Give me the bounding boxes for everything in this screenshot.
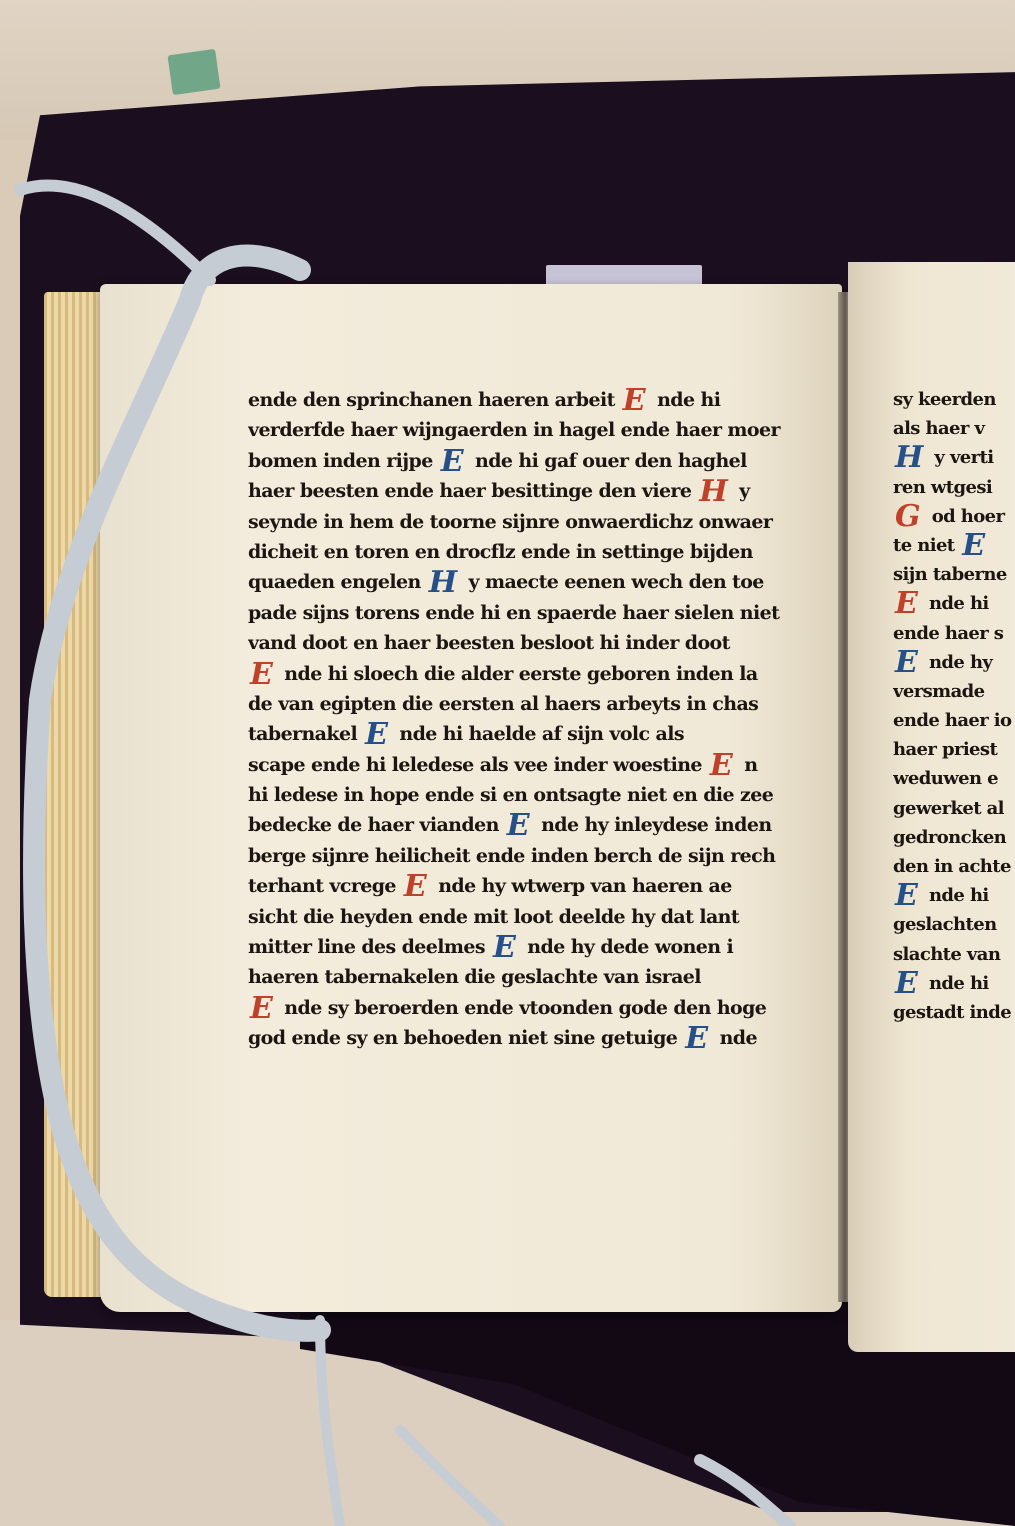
line-text: sicht die heyden ende mit loot deelde hy… [248, 906, 739, 928]
line-text: als haer v [893, 418, 984, 439]
line-text: terhant vcrege [248, 875, 402, 897]
rubricated-initial: H [895, 443, 923, 472]
line-text: hi ledese in hope ende si en ontsagte ni… [248, 784, 773, 806]
rubricated-initial: E [895, 969, 917, 998]
manuscript-line: bedecke de haer vianden E nde hy inleyde… [248, 810, 818, 840]
manuscript-line: de van egipten die eersten al haers arbe… [248, 689, 818, 719]
line-text: verderfde haer wijngaerden in hagel ende… [248, 419, 780, 441]
line-text: dicheit en toren en drocflz ende in sett… [248, 541, 753, 563]
line-text: gewerket al [893, 798, 1004, 819]
line-text: gedroncken [893, 827, 1006, 848]
line-text: nde hi sloech die alder eerste geboren i… [278, 663, 757, 685]
line-text: od hoer [926, 506, 1004, 527]
line-text: te niet [893, 535, 960, 556]
line-text: nde [714, 1027, 757, 1049]
rubricated-initial: E [962, 531, 984, 560]
manuscript-line: ren wtgesi [893, 473, 1015, 502]
manuscript-line: E nde hi [893, 881, 1015, 910]
rubricated-initial: E [895, 648, 917, 677]
line-text: y maecte eenen wech den toe [462, 571, 763, 593]
line-text: nde hy wtwerp van haeren ae [432, 875, 732, 897]
rubricated-initial: E [250, 660, 272, 689]
manuscript-line: geslachten [893, 910, 1015, 939]
line-text: god ende sy en behoeden niet sine getuig… [248, 1027, 683, 1049]
line-text: geslachten [893, 914, 997, 935]
line-text: ende haer s [893, 623, 1003, 644]
rubricated-initial: H [429, 568, 457, 597]
line-text: nde sy beroerden ende vtoonden gode den … [278, 997, 766, 1019]
line-text: nde hy [923, 652, 992, 673]
rubricated-initial: E [710, 751, 732, 780]
manuscript-line: H y verti [893, 443, 1015, 472]
line-text: berge sijnre heilicheit ende inden berch… [248, 845, 775, 867]
manuscript-line: terhant vcrege E nde hy wtwerp van haere… [248, 871, 818, 901]
rubricated-initial: E [895, 589, 917, 618]
manuscript-line: dicheit en toren en drocflz ende in sett… [248, 537, 818, 567]
manuscript-line: berge sijnre heilicheit ende inden berch… [248, 841, 818, 871]
line-text: y verti [929, 447, 994, 468]
manuscript-line: te niet E [893, 531, 1015, 560]
manuscript-line: gewerket al [893, 794, 1015, 823]
rubricated-initial: E [507, 811, 529, 840]
green-tag [167, 49, 220, 95]
manuscript-line: vand doot en haer beesten besloot hi ind… [248, 628, 818, 658]
manuscript-line: E nde hi sloech die alder eerste geboren… [248, 659, 818, 689]
line-text: nde hi haelde af sijn volc als [393, 723, 684, 745]
rubricated-initial: E [441, 447, 463, 476]
line-text: haer priest [893, 739, 997, 760]
manuscript-line: als haer v [893, 414, 1015, 443]
line-text: mitter line des deelmes [248, 936, 491, 958]
line-text: de van egipten die eersten al haers arbe… [248, 693, 758, 715]
manuscript-line: bomen inden rijpe E nde hi gaf ouer den … [248, 446, 818, 476]
manuscript-line: sicht die heyden ende mit loot deelde hy… [248, 902, 818, 932]
line-text: haeren tabernakelen die geslachte van is… [248, 966, 701, 988]
manuscript-line: quaeden engelen H y maecte eenen wech de… [248, 567, 818, 597]
line-text: nde hy dede wonen i [521, 936, 733, 958]
line-text: ende den sprinchanen haeren arbeit [248, 389, 621, 411]
manuscript-line: sy keerden [893, 385, 1015, 414]
line-text: ren wtgesi [893, 477, 992, 498]
line-text: scape ende hi leledese als vee inder woe… [248, 754, 708, 776]
right-page-text: sy keerdenals haer vH y vertiren wtgesiG… [893, 385, 1015, 1027]
rubricated-initial: E [250, 994, 272, 1023]
rubricated-initial: G [895, 502, 920, 531]
manuscript-line: sijn taberne [893, 560, 1015, 589]
manuscript-line: tabernakel E nde hi haelde af sijn volc … [248, 719, 818, 749]
manuscript-line: mitter line des deelmes E nde hy dede wo… [248, 932, 818, 962]
line-text: vand doot en haer beesten besloot hi ind… [248, 632, 730, 654]
manuscript-line: E nde hi [893, 969, 1015, 998]
rubricated-initial: E [623, 386, 645, 415]
rubricated-initial: E [404, 872, 426, 901]
manuscript-line: ende den sprinchanen haeren arbeit E nde… [248, 385, 818, 415]
left-page-text: ende den sprinchanen haeren arbeit E nde… [248, 385, 818, 1054]
line-text: n [738, 754, 757, 776]
line-text: versmade [893, 681, 984, 702]
manuscript-line: pade sijns torens ende hi en spaerde hae… [248, 598, 818, 628]
line-text: ende haer io [893, 710, 1011, 731]
manuscript-line: verderfde haer wijngaerden in hagel ende… [248, 415, 818, 445]
manuscript-line: god ende sy en behoeden niet sine getuig… [248, 1023, 818, 1053]
manuscript-line: scape ende hi leledese als vee inder woe… [248, 750, 818, 780]
line-text: tabernakel [248, 723, 363, 745]
line-text: den in achte [893, 856, 1011, 877]
line-text: y [733, 480, 749, 502]
line-text: haer beesten ende haer besittinge den vi… [248, 480, 697, 502]
rubricated-initial: E [685, 1024, 707, 1053]
manuscript-line: slachte van [893, 940, 1015, 969]
line-text: nde hy inleydese inden [535, 814, 771, 836]
line-text: seynde in hem de toorne sijnre onwaerdic… [248, 511, 772, 533]
line-text: gestadt inde [893, 1002, 1011, 1023]
line-text: quaeden engelen [248, 571, 427, 593]
manuscript-line: E nde hi [893, 589, 1015, 618]
line-text: nde hi [923, 885, 988, 906]
manuscript-line: gestadt inde [893, 998, 1015, 1027]
manuscript-line: seynde in hem de toorne sijnre onwaerdic… [248, 507, 818, 537]
line-text: sy keerden [893, 389, 996, 410]
manuscript-line: ende haer io [893, 706, 1015, 735]
rubricated-initial: H [699, 477, 727, 506]
manuscript-line: weduwen e [893, 764, 1015, 793]
manuscript-line: E nde hy [893, 648, 1015, 677]
manuscript-line: hi ledese in hope ende si en ontsagte ni… [248, 780, 818, 810]
line-text: slachte van [893, 944, 1000, 965]
manuscript-line: haer priest [893, 735, 1015, 764]
rubricated-initial: E [493, 933, 515, 962]
manuscript-line: ende haer s [893, 619, 1015, 648]
line-text: nde hi [923, 973, 988, 994]
manuscript-line: E nde sy beroerden ende vtoonden gode de… [248, 993, 818, 1023]
line-text: bomen inden rijpe [248, 450, 439, 472]
rubricated-initial: E [365, 720, 387, 749]
manuscript-line: den in achte [893, 852, 1015, 881]
manuscript-line: haeren tabernakelen die geslachte van is… [248, 962, 818, 992]
manuscript-line: versmade [893, 677, 1015, 706]
rubricated-initial: E [895, 881, 917, 910]
line-text: weduwen e [893, 768, 998, 789]
line-text: pade sijns torens ende hi en spaerde hae… [248, 602, 779, 624]
line-text: nde hi [923, 593, 988, 614]
line-text: bedecke de haer vianden [248, 814, 505, 836]
manuscript-line: haer beesten ende haer besittinge den vi… [248, 476, 818, 506]
line-text: sijn taberne [893, 564, 1007, 585]
manuscript-line: G od hoer [893, 502, 1015, 531]
line-text: nde hi [651, 389, 720, 411]
manuscript-line: gedroncken [893, 823, 1015, 852]
line-text: nde hi gaf ouer den haghel [469, 450, 747, 472]
